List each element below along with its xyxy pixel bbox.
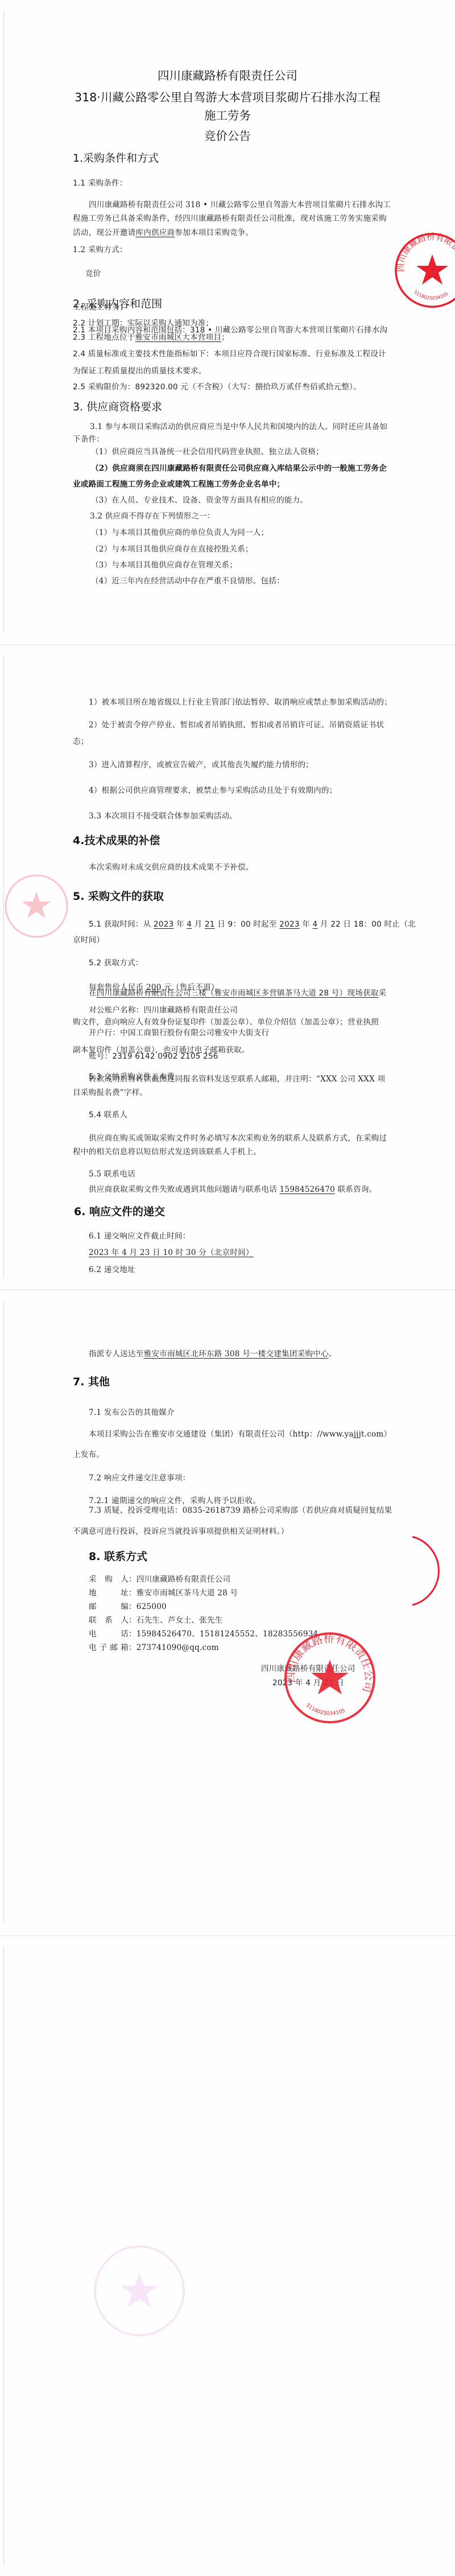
- text: 供应商获取采购文件失败或遇到其他问题请与联系电话: [89, 1185, 280, 1194]
- text: 采: [379, 989, 387, 998]
- s5-2-method: 购文件，意向响应人有效身份证复印件（加盖公章）、单位介绍信（加盖公章）；营业执照: [73, 1015, 379, 1027]
- s7-3: 7.3 质疑、投诉受理电话：0835-2618739 路桥公司采购部（若供应商对…: [89, 1504, 392, 1515]
- s3-3: 3.3 本次项目不接受联合体参加采购活动。: [89, 809, 237, 821]
- bad-record-2: 2）处于被责令停产停业、暂扣或者吊销执照、暂扣或者吊销许可证、吊销资质证书状: [89, 718, 384, 730]
- company-title: 四川康藏路桥有限责任公司: [0, 66, 455, 83]
- s1-1-text: 活动，现公开邀请库内供应商参加本项目采购竞争。: [73, 226, 253, 237]
- s2-5-price-limit: 2.5 采购限价为：892320.00 元（不含税）（大写：捌拾玖万贰仟叁佰贰拾…: [73, 380, 361, 392]
- s2-2: 2.2 计划工期：实际以采购人通知为准；: [73, 316, 213, 328]
- exclusion-4: （4）近三年内在经营活动中存在严重不良情形。包括：: [91, 574, 284, 586]
- s7-1-label: 7.1 发布公告的其他媒介: [89, 1406, 175, 1417]
- s1-1-text: 四川康藏路桥有限责任公司 318 • 川藏公路零公里自驾游大本营项目浆砌片石排水…: [89, 198, 391, 209]
- text: ；: [221, 333, 229, 342]
- text: 5.1 获取时间：从: [89, 920, 154, 929]
- bad-record-2: 态；: [73, 735, 89, 746]
- price-amount: 200: [146, 983, 162, 992]
- company-seal-icon: 四川康藏路桥有限责任公司 5118025034105: [392, 231, 455, 310]
- condition-2: （2）供应商须在四川康藏路桥有限责任公司供应商入库结果公示中的一般施工劳务企: [91, 462, 387, 473]
- section-8-heading: 8. 联系方式: [89, 1548, 147, 1563]
- label: 采购人: [89, 1573, 129, 1584]
- s6-2-label: 6.2 递交地址: [89, 1263, 135, 1274]
- label: 电话: [89, 1627, 129, 1639]
- condition-1: （1）供应商应当具备统一社会信用代码营业执照、独立法人资格；: [91, 445, 324, 456]
- faint-seal-icon: [2, 872, 71, 940]
- project-title-line2: 施工劳务: [0, 106, 455, 123]
- s4-text: 本次采购对未成交供应商的技术成果不予补偿。: [89, 861, 254, 872]
- text: 元（售后不退）。: [162, 983, 223, 992]
- submission-deadline: 2023 年 4 月 23 日 10 时 30 分（北京时间）: [89, 1246, 254, 1257]
- contact-row-purchaser: 采购人：四川康藏路桥有限责任公司: [89, 1573, 230, 1584]
- s5-2-label: 5.2 获取方式：: [89, 956, 143, 968]
- account-number: 账号：2319 6142 0902 2105 256: [89, 1050, 218, 1061]
- value: 雅安市雨城区茶马大道 28 号: [136, 1589, 238, 1598]
- s5-1-time: 京时间）: [73, 933, 104, 945]
- s7-2-label: 7.2 响应文件递交注意事项：: [89, 1471, 190, 1483]
- text: 日 9：00 时起至: [215, 920, 280, 929]
- text: 年: [173, 920, 187, 929]
- project-location: 雅安市雨城区大本营项目: [135, 333, 222, 342]
- s5-5-phone: 供应商获取采购文件失败或遇到其他问题请与联系电话 15984526470 联系咨…: [89, 1183, 377, 1194]
- project-title-line1: 318·川藏公路零公里自驾游大本营项目浆砌片石排水沟工程: [0, 88, 455, 105]
- s5-4-label: 5.4 联系人: [89, 1108, 127, 1120]
- s1-1-text: 程施工劳务已具备采购条件，经四川康藏路桥有限责任公司批准，现对该施工劳务实施采购: [73, 212, 387, 223]
- s2-1-second-line: 工程施工劳务；: [73, 301, 128, 312]
- condition-3: （3）在人员、专业技术、设备、资金等方面具有相应的能力。: [91, 493, 308, 505]
- bad-record-4: 4）根据公司供应商管理要求，被禁止参与采购活动且处于有效期内的；: [89, 784, 337, 795]
- notice-type: 竞价公告: [0, 126, 455, 143]
- text: 月 22 日 18：00 时止（北: [317, 920, 415, 929]
- page-2: 1）被本项目所在地省级以上行业主管部门依法暂停、取消响应或禁止参加采购活动的； …: [0, 644, 455, 1289]
- bleed-through-seal-icon: [91, 2242, 188, 2339]
- section-1-heading: 1.采购条件和方式: [73, 150, 159, 165]
- value: 四川康藏路桥有限责任公司: [136, 1575, 231, 1584]
- year: 2023: [279, 920, 299, 929]
- text: 。: [329, 1349, 337, 1359]
- invited-suppliers: 库内供应商: [135, 228, 175, 237]
- scan-edge: [3, 656, 4, 1278]
- s3-1: 下条件：: [73, 433, 104, 444]
- contact-phone: 15984526470: [280, 1185, 335, 1194]
- label: 地址: [89, 1586, 129, 1598]
- address-value: 雅安市雨城区北环东路 308 号一楼交建集团采购中心: [144, 1349, 329, 1359]
- s5-4-text: 程中的相关信息将以短信形式发送到该联系人手机上。: [73, 1145, 261, 1157]
- value: 625000: [136, 1602, 167, 1611]
- text: 每套售价人民币: [89, 983, 146, 992]
- contact-row-contacts: 联系人：石先生、芦女士、张先生: [89, 1614, 223, 1625]
- submission-address: 指派专人送达至雅安市雨城区北环东路 308 号一楼交建集团采购中心。: [89, 1347, 337, 1359]
- section-3-heading: 3. 供应商资格要求: [73, 398, 162, 414]
- seam-seal-fragment-icon: [409, 1534, 455, 1608]
- label: 电子邮箱: [89, 1641, 129, 1652]
- contact-row-address: 地址：雅安市雨城区茶马大道 28 号: [89, 1586, 238, 1598]
- s3-2: 3.2 供应商不得存在下列情形之一：: [90, 509, 215, 521]
- s1-2-value: 竞价: [85, 267, 101, 278]
- day: 21: [205, 920, 215, 929]
- s6-1-label: 6.1 递交响应文件截止时间：: [89, 1229, 190, 1241]
- value: 273741090@qq.com: [136, 1643, 219, 1652]
- svg-text:5118025034105: 5118025034105: [305, 1702, 346, 1717]
- page-4-blank: [0, 1935, 455, 2576]
- text: 联系咨询。: [335, 1185, 377, 1194]
- section-5-heading: 5. 采购文件的获取: [73, 888, 164, 903]
- s2-4: 2.4 质量标准或主要技术性能指标如下：本项目应符合现行国家标准、行业标准及工程…: [73, 347, 386, 359]
- text: 年: [300, 920, 313, 929]
- bad-record-1: 1）被本项目所在地省级以上行业主管部门依法暂停、取消响应或禁止参加采购活动的；: [89, 696, 392, 707]
- account-name: 对公账户名称：四川康藏路桥有限责任公司: [89, 1003, 238, 1015]
- text: 指派专人送达至: [89, 1349, 144, 1359]
- s7-3: 不满意可进行投诉，投诉应当就投诉事项提供相关证明材料。）: [73, 1525, 288, 1536]
- contact-row-postcode: 邮编：625000: [89, 1600, 167, 1611]
- bad-record-3: 3）进入清算程序，或被宣告破产，或其他丧失履约能力情形的；: [89, 758, 313, 769]
- section-6-heading: 6. 响应文件的递交: [74, 1203, 165, 1219]
- transfer-note: 转款成功后将转款截图连同报名资料发送至联系人邮箱，并注明：“XXX 公司 XXX…: [89, 1072, 385, 1084]
- scan-edge: [3, 1301, 4, 1924]
- s5-4-text: 供应商在购买或领取采购文件时务必填写本次采购业务的联系人及联系方式，在采购过: [89, 1131, 387, 1143]
- month: 4: [187, 920, 192, 929]
- bank-name: 开户行：中国工商银行股份有限公司雅安中大街支行: [89, 1026, 269, 1038]
- s7-1-text: 上发布。: [73, 1448, 104, 1459]
- year: 2023: [154, 920, 173, 929]
- contact-row-email: 电子邮箱：273741090@qq.com: [89, 1641, 219, 1652]
- page-1: 四川康藏路桥有限责任公司 318·川藏公路零公里自驾游大本营项目浆砌片石排水沟工…: [0, 0, 455, 644]
- section-4-heading: 4.技术成果的补偿: [73, 832, 160, 847]
- label: 联系人: [89, 1614, 129, 1625]
- company-seal-icon: 四川康藏路桥有限责任公司 5118025034105: [282, 1629, 378, 1726]
- exclusion-3: （3）与本项目其他供应商存在管理关系；: [91, 558, 237, 570]
- s5-5-label: 5.5 联系电话: [89, 1167, 135, 1179]
- s5-1-time: 5.1 获取时间：从 2023 年 4 月 21 日 9：00 时起至 2023…: [89, 917, 416, 929]
- page-3: 指派专人送达至雅安市雨城区北环东路 308 号一楼交建集团采购中心。 7. 其他…: [0, 1289, 455, 1935]
- s7-1-text: 本项目采购公告在雅安市交通建设（集团）有限责任公司（http：//www.yaj…: [89, 1427, 391, 1439]
- s2-4: 为保证工程质量提出的质量技术要求。: [73, 364, 206, 376]
- scan-edge: [3, 1947, 4, 2565]
- text: 活动，现公开邀请: [73, 228, 135, 237]
- value: 石先生、芦女士、张先生: [136, 1616, 223, 1625]
- condition-2: 业或路面工程施工劳务企业或建筑工程施工劳务企业名单中；: [73, 478, 284, 489]
- s1-2-label: 1.2 采购方式：: [73, 243, 127, 254]
- s1-1-label: 1.1 采购条件：: [73, 176, 127, 188]
- s3-1: 3.1 参与本项目采购活动的供应商应当是中华人民共和国境内的法人。同时还应具备如: [90, 420, 387, 431]
- section-7-heading: 7. 其他: [73, 1373, 110, 1389]
- label: 邮编: [89, 1600, 129, 1611]
- exclusion-2: （2）与本项目其他供应商存在直接控股关系；: [91, 542, 253, 554]
- document-price: 每套售价人民币 200 元（售后不退）。: [89, 981, 223, 992]
- s2-3: 2.3 工程地点位于雅安市雨城区大本营项目；: [73, 331, 229, 342]
- text: 2.3 工程地点位于: [73, 333, 135, 342]
- exclusion-1: （1）与本项目其他供应商的单位负责人为同一人；: [91, 526, 268, 537]
- transfer-note: 目采购报名费”字样。: [73, 1086, 147, 1097]
- text: 月: [192, 920, 205, 929]
- text: 参加本项目采购竞争。: [175, 228, 253, 237]
- svg-text:5118025034105: 5118025034105: [413, 289, 449, 301]
